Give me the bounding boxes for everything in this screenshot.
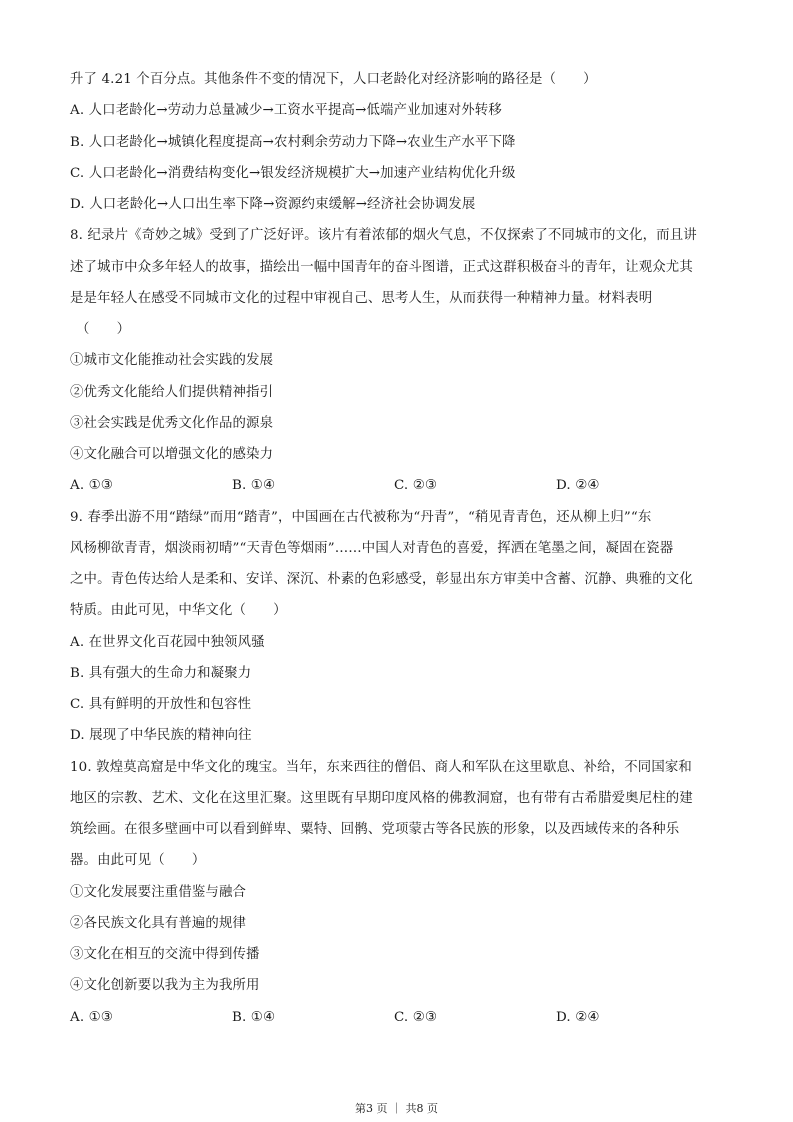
choice-b: B. ①④ (232, 470, 394, 501)
choice-a: A. ①③ (70, 470, 232, 501)
question-9: 9. 春季出游不用“踏绿”而用“踏青”，中国画在古代被称为“丹青”，“稍见青青色… (70, 502, 730, 752)
option-b: B. 人口老龄化→城镇化程度提高→农村剩余劳动力下降→农业生产水平下降 (70, 127, 730, 158)
choice-a: A. ①③ (70, 1002, 232, 1033)
option-d: D. 人口老龄化→人口出生率下降→资源约束缓解→经济社会协调发展 (70, 189, 730, 220)
answer-blank: （ ） (70, 314, 730, 345)
question-stem-line: 10. 敦煌莫高窟是中华文化的瑰宝。当年，东来西往的僧侣、商人和军队在这里歇息、… (70, 752, 730, 783)
exam-page: 升了 4.21 个百分点。其他条件不变的情况下，人口老龄化对经济影响的路径是（ … (70, 64, 730, 1033)
option-d: D. 展现了中华民族的精神向往 (70, 720, 730, 751)
question-stem-line: 之中。青色传达给人是柔和、安详、深沉、朴素的色彩感受，彰显出东方审美中含蓄、沉静… (70, 564, 730, 595)
question-stem-line: 风杨柳欲青青，烟淡雨初晴”“天青色等烟雨”……中国人对青色的喜爱，挥洒在笔墨之间… (70, 533, 730, 564)
question-stem-line: 8. 纪录片《奇妙之城》受到了广泛好评。该片有着浓郁的烟火气息，不仅探索了不同城… (70, 220, 730, 251)
choice-c: C. ②③ (394, 470, 556, 501)
statement-4: ④文化创新要以我为主为我所用 (70, 970, 730, 1001)
option-c: C. 具有鲜明的开放性和包容性 (70, 689, 730, 720)
answer-choices: A. ①③ B. ①④ C. ②③ D. ②④ (70, 470, 730, 501)
question-stem-line: 9. 春季出游不用“踏绿”而用“踏青”，中国画在古代被称为“丹青”，“稍见青青色… (70, 502, 730, 533)
statement-4: ④文化融合可以增强文化的感染力 (70, 439, 730, 470)
choice-c: C. ②③ (394, 1002, 556, 1033)
choice-b: B. ①④ (232, 1002, 394, 1033)
question-stem-line: 是是年轻人在感受不同城市文化的过程中审视自己、思考人生，从而获得一种精神力量。材… (70, 283, 730, 314)
statement-1: ①城市文化能推动社会实践的发展 (70, 345, 730, 376)
statement-1: ①文化发展要注重借鉴与融合 (70, 877, 730, 908)
question-stem-tail: 升了 4.21 个百分点。其他条件不变的情况下，人口老龄化对经济影响的路径是（ … (70, 64, 730, 95)
choice-d: D. ②④ (556, 470, 718, 501)
option-c: C. 人口老龄化→消费结构变化→银发经济规模扩大→加速产业结构优化升级 (70, 158, 730, 189)
option-a: A. 在世界文化百花园中独领风骚 (70, 627, 730, 658)
question-stem-line: 地区的宗教、艺术、文化在这里汇聚。这里既有早期印度风格的佛教洞窟，也有带有古希腊… (70, 783, 730, 814)
question-stem-line: 器。由此可见（ ） (70, 845, 730, 876)
question-stem-line: 特质。由此可见，中华文化（ ） (70, 595, 730, 626)
question-stem-line: 筑绘画。在很多壁画中可以看到鲜卑、粟特、回鹘、党项蒙古等各民族的形象，以及西域传… (70, 814, 730, 845)
question-7-continuation: 升了 4.21 个百分点。其他条件不变的情况下，人口老龄化对经济影响的路径是（ … (70, 64, 730, 220)
statement-2: ②各民族文化具有普遍的规律 (70, 908, 730, 939)
statement-3: ③社会实践是优秀文化作品的源泉 (70, 408, 730, 439)
choice-d: D. ②④ (556, 1002, 718, 1033)
statement-2: ②优秀文化能给人们提供精神指引 (70, 377, 730, 408)
option-a: A. 人口老龄化→劳动力总量减少→工资水平提高→低端产业加速对外转移 (70, 95, 730, 126)
question-8: 8. 纪录片《奇妙之城》受到了广泛好评。该片有着浓郁的烟火气息，不仅探索了不同城… (70, 220, 730, 501)
statement-3: ③文化在相互的交流中得到传播 (70, 939, 730, 970)
question-10: 10. 敦煌莫高窟是中华文化的瑰宝。当年，东来西往的僧侣、商人和军队在这里歇息、… (70, 752, 730, 1033)
option-b: B. 具有强大的生命力和凝聚力 (70, 658, 730, 689)
answer-choices: A. ①③ B. ①④ C. ②③ D. ②④ (70, 1002, 730, 1033)
page-footer: 第3 页 ｜ 共8 页 (0, 1100, 793, 1116)
question-stem-line: 述了城市中众多年轻人的故事，描绘出一幅中国青年的奋斗图谱，正式这群积极奋斗的青年… (70, 252, 730, 283)
